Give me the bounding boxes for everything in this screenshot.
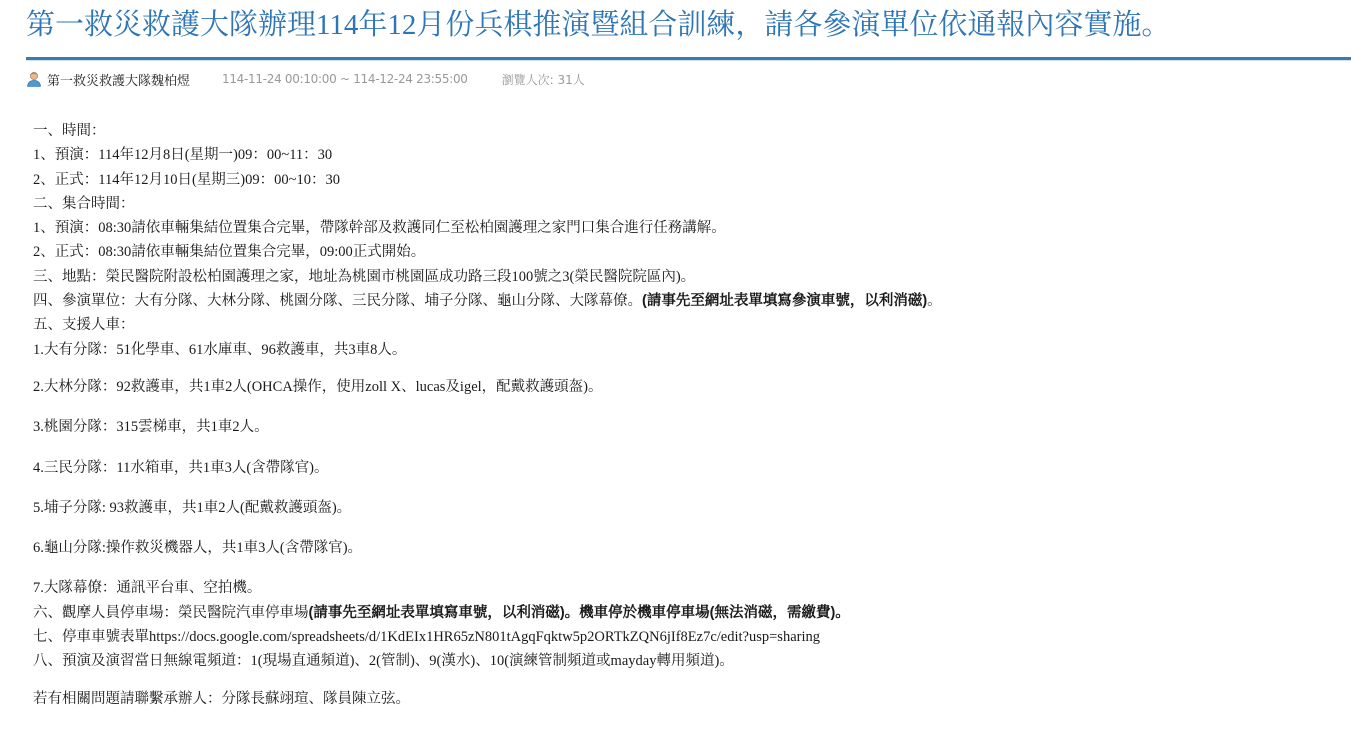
announcement-meta: 第一救災救護大隊魏柏煜 114-11-24 00:10:00 ~ 114-12-… bbox=[26, 69, 585, 89]
support-item: 3.桃園分隊：315雲梯車，共1車2人。 bbox=[33, 415, 1333, 439]
support-item: 6.龜山分隊:操作救災機器人，共1車3人(含帶隊官)。 bbox=[33, 536, 1333, 560]
section-time-item: 1、預演：114年12月8日(星期一)09：00~11：30 bbox=[33, 143, 1333, 167]
section-location: 三、地點：榮民醫院附設松柏園護理之家，地址為桃園市桃園區成功路三段100號之3(… bbox=[33, 265, 1333, 289]
author-name: 第一救災救護大隊魏柏煜 bbox=[47, 70, 190, 89]
parking-note: (請事先至網址表單填寫車號，以利消磁)。機車停於機車停車場(無法消磁，需繳費)。 bbox=[309, 605, 850, 621]
units-note: (請事先至網址表單填寫參演車號，以利消磁) bbox=[642, 293, 927, 309]
support-item: 1.大有分隊：51化學車、61水庫車、96救護車，共3車8人。 bbox=[33, 338, 1333, 362]
support-item: 2.大林分隊：92救護車，共1車2人(OHCA操作，使用zoll X、lucas… bbox=[33, 375, 1333, 399]
section-assembly-heading: 二、集合時間： bbox=[33, 192, 1333, 216]
section-time-item: 2、正式：114年12月10日(星期三)09：00~10：30 bbox=[33, 168, 1333, 192]
section-time-heading: 一、時間： bbox=[33, 119, 1333, 143]
section-parking-form: 七、停車車號表單https://docs.google.com/spreadsh… bbox=[33, 625, 1333, 649]
announcement-page: 第一救災救護大隊辦理114年12月份兵棋推演暨組合訓練，請各參演單位依通報內容實… bbox=[0, 0, 1351, 731]
section-assembly-item: 1、預演：08:30請依車輛集結位置集合完畢，帶隊幹部及救護同仁至松柏園護理之家… bbox=[33, 216, 1333, 240]
units-text: 四、參演單位：大有分隊、大林分隊、桃園分隊、三民分隊、埔子分隊、龜山分隊、大隊幕… bbox=[33, 293, 642, 309]
parking-form-label: 七、停車車號表單 bbox=[33, 629, 149, 645]
section-support-heading: 五、支援人車： bbox=[33, 313, 1333, 337]
section-radio-channels: 八、預演及演習當日無線電頻道：1(現場直通頻道)、2(管制)、9(漢水)、10(… bbox=[33, 649, 1333, 673]
title-divider bbox=[26, 57, 1351, 61]
section-parking: 六、觀摩人員停車場：榮民醫院汽車停車場(請事先至網址表單填寫車號，以利消磁)。機… bbox=[33, 601, 1333, 625]
view-count: 瀏覽人次: 31人 bbox=[502, 71, 585, 88]
units-end: 。 bbox=[927, 293, 942, 309]
announcement-body: 一、時間： 1、預演：114年12月8日(星期一)09：00~11：30 2、正… bbox=[33, 119, 1333, 711]
user-icon bbox=[26, 71, 42, 87]
parking-text: 六、觀摩人員停車場：榮民醫院汽車停車場 bbox=[33, 605, 309, 621]
support-item: 5.埔子分隊: 93救護車，共1車2人(配戴救護頭盔)。 bbox=[33, 496, 1333, 520]
page-title: 第一救災救護大隊辦理114年12月份兵棋推演暨組合訓練，請各參演單位依通報內容實… bbox=[26, 6, 1170, 44]
support-item: 4.三民分隊：11水箱車，共1車3人(含帶隊官)。 bbox=[33, 456, 1333, 480]
parking-form-link[interactable]: https://docs.google.com/spreadsheets/d/1… bbox=[149, 629, 820, 645]
contact-info: 若有相關問題請聯繫承辦人：分隊長蘇翊瑄、隊員陳立弦。 bbox=[33, 687, 1333, 711]
support-item: 7.大隊幕僚：通訊平台車、空拍機。 bbox=[33, 576, 1333, 600]
section-assembly-item: 2、正式：08:30請依車輛集結位置集合完畢，09:00正式開始。 bbox=[33, 240, 1333, 264]
section-units: 四、參演單位：大有分隊、大林分隊、桃園分隊、三民分隊、埔子分隊、龜山分隊、大隊幕… bbox=[33, 289, 1333, 313]
publish-period: 114-11-24 00:10:00 ~ 114-12-24 23:55:00 bbox=[222, 72, 468, 86]
